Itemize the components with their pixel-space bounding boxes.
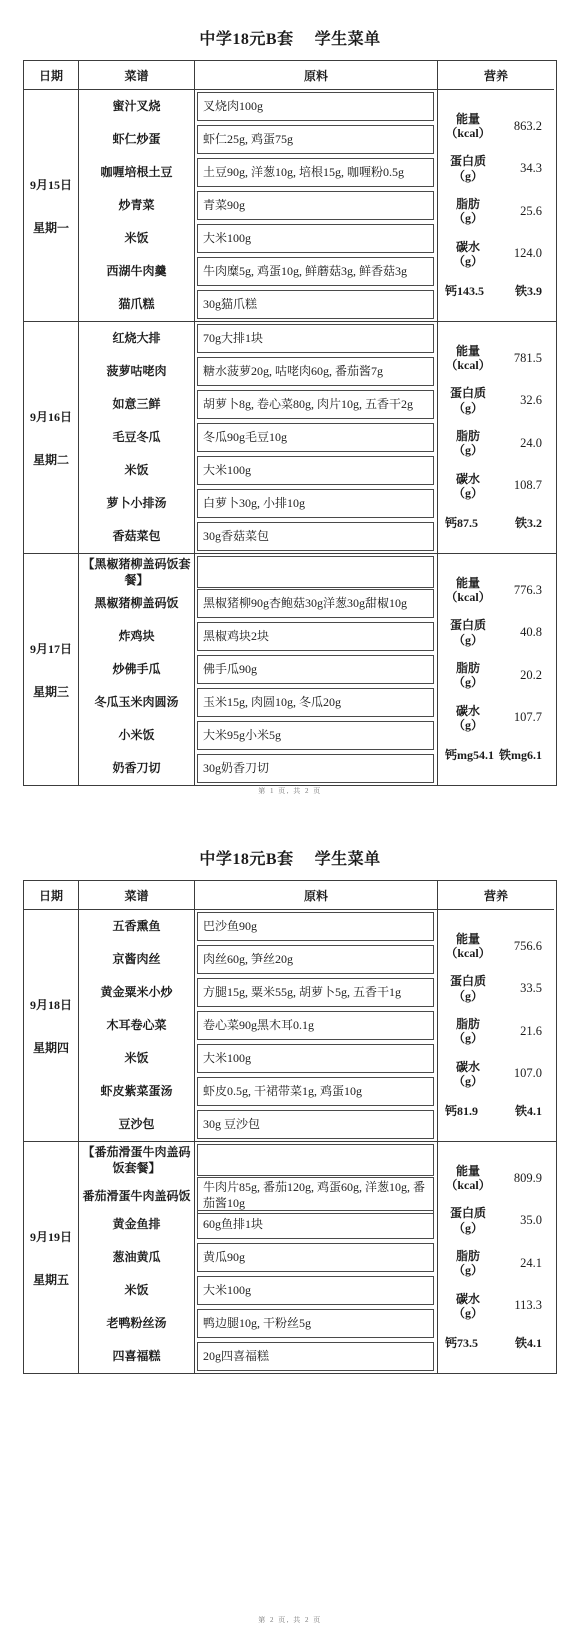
ingredient-text: 白萝卜30g, 小排10g — [203, 496, 305, 512]
ingredient-box: 大米100g — [197, 224, 434, 253]
dish-name-cell: 小米饭 — [79, 719, 195, 752]
dish-row: 黄金鱼排60g鱼排1块 — [79, 1208, 437, 1241]
ingredient-text: 大米95g小米5g — [203, 728, 281, 744]
dish-name-cell: 葱油黄瓜 — [79, 1241, 195, 1274]
ingredient-cell: 巴沙鱼90g — [195, 910, 438, 943]
ingredient-cell: 土豆90g, 洋葱10g, 培根15g, 咖喱粉0.5g — [195, 156, 438, 189]
ingredient-text: 30g 豆沙包 — [203, 1117, 260, 1133]
column-header-date: 日期 — [24, 61, 79, 90]
nutrient-label: 蛋白质（g） — [438, 618, 498, 647]
dish-row: 炒青菜青菜90g — [79, 189, 437, 222]
ingredient-text: 黑椒猪柳90g杏鲍菇30g洋葱30g甜椒10g — [203, 596, 407, 612]
dish-name-cell: 咖喱培根土豆 — [79, 156, 195, 189]
dish-row: 老鸭粉丝汤鸭边腿10g, 干粉丝5g — [79, 1307, 437, 1340]
nutrient-label: 碳水（g） — [438, 704, 498, 733]
nutrient-row: 能量（kcal）776.3 — [438, 576, 554, 605]
dish-name-cell: 虾仁炒蛋 — [79, 123, 195, 156]
ingredient-text: 巴沙鱼90g — [203, 919, 257, 935]
ingredient-box: 大米95g小米5g — [197, 721, 434, 750]
ingredient-text: 糖水菠萝20g, 咕咾肉60g, 番茄酱7g — [203, 364, 383, 380]
dish-name-cell: 米饭 — [79, 1274, 195, 1307]
dish-name-cell: 冬瓜玉米肉圆汤 — [79, 686, 195, 719]
dish-name-cell: 【番茄滑蛋牛肉盖码饭套餐】 — [79, 1142, 195, 1178]
dish-name-cell: 黄金鱼排 — [79, 1208, 195, 1241]
nutrient-unit: （g） — [438, 401, 498, 415]
ingredient-text: 黄瓜90g — [203, 1250, 245, 1266]
ingredient-box: 30g奶香刀切 — [197, 754, 434, 783]
nutrient-row: 碳水（g）124.0 — [438, 240, 554, 269]
ingredient-cell: 30g 豆沙包 — [195, 1108, 438, 1141]
nutrition-cell: 能量（kcal）863.2蛋白质（g）34.3脂肪（g）25.6碳水（g）124… — [438, 90, 554, 321]
nutrient-unit: （g） — [438, 486, 498, 500]
nutrient-unit: （g） — [438, 443, 498, 457]
nutrient-label: 蛋白质（g） — [438, 974, 498, 1003]
ingredient-box: 牛肉糜5g, 鸡蛋10g, 鲜蘑菇3g, 鲜香菇3g — [197, 257, 434, 286]
nutrient-row: 碳水（g）107.0 — [438, 1060, 554, 1089]
dish-name-cell: 京酱肉丝 — [79, 943, 195, 976]
page-title: 中学18元B套 学生菜单 — [0, 0, 580, 49]
nutrient-label: 脂肪（g） — [438, 1249, 498, 1278]
nutrient-name: 能量 — [438, 112, 498, 126]
column-header-ingredients: 原料 — [195, 881, 438, 910]
nutrient-label: 能量（kcal） — [438, 576, 498, 605]
nutrient-label: 能量（kcal） — [438, 112, 498, 141]
ingredient-cell: 糖水菠萝20g, 咕咾肉60g, 番茄酱7g — [195, 355, 438, 388]
nutrient-name: 脂肪 — [438, 429, 498, 443]
ingredient-cell: 大米100g — [195, 1042, 438, 1075]
dish-row: 虾皮紫菜蛋汤虾皮0.5g, 干裙带菜1g, 鸡蛋10g — [79, 1075, 437, 1108]
nutrient-value: 40.8 — [498, 625, 554, 640]
ingredient-cell: 卷心菜90g黑木耳0.1g — [195, 1009, 438, 1042]
nutrient-name: 碳水 — [438, 704, 498, 718]
dish-name-cell: 米饭 — [79, 222, 195, 255]
dish-row: 木耳卷心菜卷心菜90g黑木耳0.1g — [79, 1009, 437, 1042]
dish-name-cell: 虾皮紫菜蛋汤 — [79, 1075, 195, 1108]
nutrient-value: 25.6 — [498, 204, 554, 219]
ingredient-cell: 大米100g — [195, 454, 438, 487]
date-cell: 9月18日星期四 — [24, 910, 79, 1141]
ingredient-text: 60g鱼排1块 — [203, 1217, 263, 1233]
dish-row: 米饭大米100g — [79, 1274, 437, 1307]
calcium-value: 钙143.5 — [445, 282, 484, 299]
nutrient-unit: （g） — [438, 1306, 498, 1320]
dish-name-cell: 【黑椒猪柳盖码饭套餐】 — [79, 554, 195, 590]
nutrition-cell: 能量（kcal）781.5蛋白质（g）32.6脂肪（g）24.0碳水（g）108… — [438, 322, 554, 553]
ingredient-text: 大米100g — [203, 231, 251, 247]
nutrient-row: 蛋白质（g）33.5 — [438, 974, 554, 1003]
ingredient-cell: 肉丝60g, 笋丝20g — [195, 943, 438, 976]
nutrient-row: 能量（kcal）863.2 — [438, 112, 554, 141]
nutrient-value: 34.3 — [498, 161, 554, 176]
minerals-row: 钙143.5铁3.9 — [438, 282, 554, 299]
iron-value: 铁3.2 — [515, 514, 542, 531]
dish-row: 米饭大米100g — [79, 454, 437, 487]
ingredient-cell: 大米100g — [195, 1274, 438, 1307]
ingredient-cell: 20g四喜福糕 — [195, 1340, 438, 1373]
dish-row: 【黑椒猪柳盖码饭套餐】 — [79, 554, 437, 587]
nutrient-unit: （g） — [438, 989, 498, 1003]
nutrient-name: 蛋白质 — [438, 618, 498, 632]
dish-name-cell: 奶香刀切 — [79, 752, 195, 785]
dish-name-cell: 红烧大排 — [79, 322, 195, 355]
ingredient-text: 玉米15g, 肉圆10g, 冬瓜20g — [203, 695, 341, 711]
ingredient-cell: 大米95g小米5g — [195, 719, 438, 752]
nutrient-name: 脂肪 — [438, 661, 498, 675]
nutrient-value: 781.5 — [498, 351, 554, 366]
ingredient-box: 20g四喜福糕 — [197, 1342, 434, 1371]
nutrient-unit: （g） — [438, 633, 498, 647]
calcium-value: 钙mg54.1 — [445, 746, 494, 763]
ingredient-cell: 白萝卜30g, 小排10g — [195, 487, 438, 520]
nutrient-unit: （g） — [438, 1263, 498, 1277]
ingredient-box: 大米100g — [197, 1044, 434, 1073]
dish-row: 四喜福糕20g四喜福糕 — [79, 1340, 437, 1373]
nutrient-name: 脂肪 — [438, 1017, 498, 1031]
dish-row: 如意三鲜胡萝卜8g, 卷心菜80g, 肉片10g, 五香干2g — [79, 388, 437, 421]
nutrient-row: 能量（kcal）781.5 — [438, 344, 554, 373]
dish-rows: 红烧大排70g大排1块菠萝咕咾肉糖水菠萝20g, 咕咾肉60g, 番茄酱7g如意… — [79, 322, 438, 553]
ingredient-text: 70g大排1块 — [203, 331, 263, 347]
nutrient-value: 107.7 — [498, 710, 554, 725]
dish-name-cell: 黄金粟米小炒 — [79, 976, 195, 1009]
ingredient-box: 白萝卜30g, 小排10g — [197, 489, 434, 518]
ingredient-box: 大米100g — [197, 1276, 434, 1305]
nutrient-row: 蛋白质（g）32.6 — [438, 386, 554, 415]
day-block: 9月19日星期五【番茄滑蛋牛肉盖码饭套餐】番茄滑蛋牛肉盖码饭牛肉片85g, 番茄… — [24, 1142, 556, 1373]
nutrient-value: 24.1 — [498, 1256, 554, 1271]
ingredient-box — [197, 1144, 434, 1176]
ingredient-text: 鸭边腿10g, 干粉丝5g — [203, 1316, 311, 1332]
ingredient-box: 肉丝60g, 笋丝20g — [197, 945, 434, 974]
ingredient-text: 土豆90g, 洋葱10g, 培根15g, 咖喱粉0.5g — [203, 165, 404, 181]
calcium-value: 钙81.9 — [445, 1102, 478, 1119]
ingredient-text: 牛肉片85g, 番茄120g, 鸡蛋60g, 洋葱10g, 番茄酱10g — [203, 1180, 428, 1211]
nutrient-name: 脂肪 — [438, 197, 498, 211]
ingredient-cell: 叉烧肉100g — [195, 90, 438, 123]
nutrient-label: 脂肪（g） — [438, 1017, 498, 1046]
ingredient-cell — [195, 554, 438, 590]
nutrient-name: 碳水 — [438, 240, 498, 254]
nutrient-label: 能量（kcal） — [438, 932, 498, 961]
nutrient-value: 863.2 — [498, 119, 554, 134]
ingredient-text: 黑椒鸡块2块 — [203, 629, 269, 645]
ingredient-box: 玉米15g, 肉圆10g, 冬瓜20g — [197, 688, 434, 717]
dish-name-cell: 老鸭粉丝汤 — [79, 1307, 195, 1340]
dish-name-cell: 豆沙包 — [79, 1108, 195, 1141]
dish-row: 虾仁炒蛋虾仁25g, 鸡蛋75g — [79, 123, 437, 156]
dish-name-cell: 五香熏鱼 — [79, 910, 195, 943]
nutrient-label: 脂肪（g） — [438, 197, 498, 226]
ingredient-cell: 玉米15g, 肉圆10g, 冬瓜20g — [195, 686, 438, 719]
nutrient-name: 碳水 — [438, 1292, 498, 1306]
nutrient-value: 21.6 — [498, 1024, 554, 1039]
weekday-text: 星期一 — [33, 219, 69, 236]
ingredient-box: 黑椒鸡块2块 — [197, 622, 434, 651]
minerals-row: 钙87.5铁3.2 — [438, 514, 554, 531]
ingredient-text: 30g猫爪糕 — [203, 297, 257, 313]
ingredient-cell: 30g香菇菜包 — [195, 520, 438, 553]
nutrient-name: 能量 — [438, 932, 498, 946]
minerals-row: 钙73.5铁4.1 — [438, 1334, 554, 1351]
dish-name-cell: 炒青菜 — [79, 189, 195, 222]
nutrient-row: 蛋白质（g）35.0 — [438, 1206, 554, 1235]
nutrient-value: 24.0 — [498, 436, 554, 451]
nutrient-name: 脂肪 — [438, 1249, 498, 1263]
ingredient-cell: 黄瓜90g — [195, 1241, 438, 1274]
dish-row: 毛豆冬瓜冬瓜90g毛豆10g — [79, 421, 437, 454]
ingredient-box: 叉烧肉100g — [197, 92, 434, 121]
nutrient-unit: （g） — [438, 169, 498, 183]
nutrient-label: 蛋白质（g） — [438, 1206, 498, 1235]
dish-rows: 蜜汁叉烧叉烧肉100g虾仁炒蛋虾仁25g, 鸡蛋75g咖喱培根土豆土豆90g, … — [79, 90, 438, 321]
nutrient-name: 能量 — [438, 576, 498, 590]
dish-row: 菠萝咕咾肉糖水菠萝20g, 咕咾肉60g, 番茄酱7g — [79, 355, 437, 388]
nutrient-unit: （g） — [438, 211, 498, 225]
nutrient-name: 蛋白质 — [438, 154, 498, 168]
nutrient-label: 能量（kcal） — [438, 344, 498, 373]
ingredient-text: 牛肉糜5g, 鸡蛋10g, 鲜蘑菇3g, 鲜香菇3g — [203, 264, 407, 280]
ingredient-box: 70g大排1块 — [197, 324, 434, 353]
ingredient-box: 冬瓜90g毛豆10g — [197, 423, 434, 452]
nutrient-label: 蛋白质（g） — [438, 386, 498, 415]
nutrient-label: 能量（kcal） — [438, 1164, 498, 1193]
nutrient-row: 蛋白质（g）40.8 — [438, 618, 554, 647]
nutrient-row: 脂肪（g）20.2 — [438, 661, 554, 690]
ingredient-box: 卷心菜90g黑木耳0.1g — [197, 1011, 434, 1040]
ingredient-text: 青菜90g — [203, 198, 245, 214]
weekday-text: 星期五 — [33, 1271, 69, 1288]
dish-rows: 【黑椒猪柳盖码饭套餐】黑椒猪柳盖码饭黑椒猪柳90g杏鲍菇30g洋葱30g甜椒10… — [79, 554, 438, 785]
ingredient-box: 黑椒猪柳90g杏鲍菇30g洋葱30g甜椒10g — [197, 589, 434, 618]
page-footer: 第 2 页, 共 2 页 — [0, 1615, 580, 1625]
nutrient-name: 蛋白质 — [438, 1206, 498, 1220]
date-text: 9月15日 — [30, 176, 72, 193]
date-cell: 9月16日星期二 — [24, 322, 79, 553]
dish-name-cell: 毛豆冬瓜 — [79, 421, 195, 454]
ingredient-box: 30g 豆沙包 — [197, 1110, 434, 1139]
weekday-text: 星期三 — [33, 683, 69, 700]
nutrient-unit: （kcal） — [438, 590, 498, 604]
dish-row: 萝卜小排汤白萝卜30g, 小排10g — [79, 487, 437, 520]
nutrient-value: 35.0 — [498, 1213, 554, 1228]
nutrient-row: 脂肪（g）24.1 — [438, 1249, 554, 1278]
ingredient-cell: 方腿15g, 粟米55g, 胡萝卜5g, 五香干1g — [195, 976, 438, 1009]
dish-row: 炒佛手瓜佛手瓜90g — [79, 653, 437, 686]
calcium-value: 钙73.5 — [445, 1334, 478, 1351]
nutrient-label: 脂肪（g） — [438, 661, 498, 690]
nutrient-row: 脂肪（g）21.6 — [438, 1017, 554, 1046]
ingredient-cell: 虾仁25g, 鸡蛋75g — [195, 123, 438, 156]
dish-name-cell: 如意三鲜 — [79, 388, 195, 421]
dish-name-cell: 萝卜小排汤 — [79, 487, 195, 520]
dish-rows: 五香熏鱼巴沙鱼90g京酱肉丝肉丝60g, 笋丝20g黄金粟米小炒方腿15g, 粟… — [79, 910, 438, 1141]
nutrient-label: 碳水（g） — [438, 1292, 498, 1321]
date-text: 9月19日 — [30, 1228, 72, 1245]
nutrient-row: 脂肪（g）24.0 — [438, 429, 554, 458]
dish-row: 【番茄滑蛋牛肉盖码饭套餐】 — [79, 1142, 437, 1175]
day-block: 9月16日星期二红烧大排70g大排1块菠萝咕咾肉糖水菠萝20g, 咕咾肉60g,… — [24, 322, 556, 554]
column-header-nutrition: 营养 — [438, 881, 554, 910]
ingredient-cell: 冬瓜90g毛豆10g — [195, 421, 438, 454]
dish-rows: 【番茄滑蛋牛肉盖码饭套餐】番茄滑蛋牛肉盖码饭牛肉片85g, 番茄120g, 鸡蛋… — [79, 1142, 438, 1373]
nutrient-row: 碳水（g）113.3 — [438, 1292, 554, 1321]
ingredient-text: 30g奶香刀切 — [203, 761, 269, 777]
dish-name-cell: 米饭 — [79, 1042, 195, 1075]
menu-page-1: 中学18元B套 学生菜单 日期 菜谱 原料 营养 9月15日星期一蜜汁叉烧叉烧肉… — [0, 0, 580, 820]
day-block: 9月15日星期一蜜汁叉烧叉烧肉100g虾仁炒蛋虾仁25g, 鸡蛋75g咖喱培根土… — [24, 90, 556, 322]
nutrient-value: 107.0 — [498, 1066, 554, 1081]
dish-row: 米饭大米100g — [79, 1042, 437, 1075]
dish-name-cell: 香菇菜包 — [79, 520, 195, 553]
dish-name-cell: 猫爪糕 — [79, 288, 195, 321]
ingredient-cell: 60g鱼排1块 — [195, 1208, 438, 1241]
dish-row: 西湖牛肉羹牛肉糜5g, 鸡蛋10g, 鲜蘑菇3g, 鲜香菇3g — [79, 255, 437, 288]
nutrient-name: 蛋白质 — [438, 974, 498, 988]
ingredient-box: 黄瓜90g — [197, 1243, 434, 1272]
ingredient-cell: 牛肉糜5g, 鸡蛋10g, 鲜蘑菇3g, 鲜香菇3g — [195, 255, 438, 288]
ingredient-box: 巴沙鱼90g — [197, 912, 434, 941]
nutrient-unit: （kcal） — [438, 946, 498, 960]
nutrient-row: 碳水（g）107.7 — [438, 704, 554, 733]
iron-value: 铁mg6.1 — [499, 746, 542, 763]
date-text: 9月18日 — [30, 996, 72, 1013]
nutrient-value: 108.7 — [498, 478, 554, 493]
nutrient-unit: （g） — [438, 675, 498, 689]
dish-name-cell: 四喜福糕 — [79, 1340, 195, 1373]
column-header-menu: 菜谱 — [79, 881, 195, 910]
nutrition-cell: 能量（kcal）756.6蛋白质（g）33.5脂肪（g）21.6碳水（g）107… — [438, 910, 554, 1141]
menu-table: 日期 菜谱 原料 营养 9月15日星期一蜜汁叉烧叉烧肉100g虾仁炒蛋虾仁25g… — [23, 60, 557, 786]
ingredient-text: 卷心菜90g黑木耳0.1g — [203, 1018, 314, 1034]
table-header-row: 日期 菜谱 原料 营养 — [24, 881, 556, 910]
ingredient-text: 冬瓜90g毛豆10g — [203, 430, 287, 446]
ingredient-cell: 青菜90g — [195, 189, 438, 222]
ingredient-text: 方腿15g, 粟米55g, 胡萝卜5g, 五香干1g — [203, 985, 401, 1001]
column-header-date: 日期 — [24, 881, 79, 910]
ingredient-text: 20g四喜福糕 — [203, 1349, 269, 1365]
dish-row: 红烧大排70g大排1块 — [79, 322, 437, 355]
ingredient-box: 鸭边腿10g, 干粉丝5g — [197, 1309, 434, 1338]
dish-row: 小米饭大米95g小米5g — [79, 719, 437, 752]
ingredient-box: 虾仁25g, 鸡蛋75g — [197, 125, 434, 154]
calcium-value: 钙87.5 — [445, 514, 478, 531]
ingredient-cell: 70g大排1块 — [195, 322, 438, 355]
dish-row: 豆沙包30g 豆沙包 — [79, 1108, 437, 1141]
dish-row: 猫爪糕30g猫爪糕 — [79, 288, 437, 321]
dish-row: 黑椒猪柳盖码饭黑椒猪柳90g杏鲍菇30g洋葱30g甜椒10g — [79, 587, 437, 620]
nutrient-label: 碳水（g） — [438, 1060, 498, 1089]
menu-table: 日期 菜谱 原料 营养 9月18日星期四五香熏鱼巴沙鱼90g京酱肉丝肉丝60g,… — [23, 880, 557, 1374]
dish-name-cell: 木耳卷心菜 — [79, 1009, 195, 1042]
ingredient-text: 大米100g — [203, 1051, 251, 1067]
nutrient-label: 脂肪（g） — [438, 429, 498, 458]
nutrient-unit: （g） — [438, 254, 498, 268]
nutrient-value: 124.0 — [498, 246, 554, 261]
dish-row: 炸鸡块黑椒鸡块2块 — [79, 620, 437, 653]
nutrition-cell: 能量（kcal）776.3蛋白质（g）40.8脂肪（g）20.2碳水（g）107… — [438, 554, 554, 785]
ingredient-text: 虾皮0.5g, 干裙带菜1g, 鸡蛋10g — [203, 1084, 362, 1100]
ingredient-cell: 佛手瓜90g — [195, 653, 438, 686]
ingredient-box: 虾皮0.5g, 干裙带菜1g, 鸡蛋10g — [197, 1077, 434, 1106]
nutrient-name: 碳水 — [438, 472, 498, 486]
ingredient-box: 土豆90g, 洋葱10g, 培根15g, 咖喱粉0.5g — [197, 158, 434, 187]
ingredient-box: 佛手瓜90g — [197, 655, 434, 684]
day-block: 9月18日星期四五香熏鱼巴沙鱼90g京酱肉丝肉丝60g, 笋丝20g黄金粟米小炒… — [24, 910, 556, 1142]
ingredient-text: 佛手瓜90g — [203, 662, 257, 678]
ingredient-box: 大米100g — [197, 456, 434, 485]
ingredient-cell: 黑椒猪柳90g杏鲍菇30g洋葱30g甜椒10g — [195, 587, 438, 620]
dish-name-cell: 炒佛手瓜 — [79, 653, 195, 686]
day-block: 9月17日星期三【黑椒猪柳盖码饭套餐】黑椒猪柳盖码饭黑椒猪柳90g杏鲍菇30g洋… — [24, 554, 556, 785]
ingredient-box: 30g猫爪糕 — [197, 290, 434, 319]
ingredient-cell: 鸭边腿10g, 干粉丝5g — [195, 1307, 438, 1340]
ingredient-text: 肉丝60g, 笋丝20g — [203, 952, 293, 968]
nutrient-name: 能量 — [438, 344, 498, 358]
nutrient-name: 能量 — [438, 1164, 498, 1178]
nutrient-unit: （kcal） — [438, 358, 498, 372]
nutrient-label: 碳水（g） — [438, 472, 498, 501]
nutrient-value: 809.9 — [498, 1171, 554, 1186]
minerals-row: 钙81.9铁4.1 — [438, 1102, 554, 1119]
dish-row: 黄金粟米小炒方腿15g, 粟米55g, 胡萝卜5g, 五香干1g — [79, 976, 437, 1009]
ingredient-box: 青菜90g — [197, 191, 434, 220]
weekday-text: 星期四 — [33, 1039, 69, 1056]
ingredient-box: 胡萝卜8g, 卷心菜80g, 肉片10g, 五香干2g — [197, 390, 434, 419]
nutrient-unit: （kcal） — [438, 1178, 498, 1192]
dish-row: 京酱肉丝肉丝60g, 笋丝20g — [79, 943, 437, 976]
nutrient-value: 776.3 — [498, 583, 554, 598]
ingredient-text: 叉烧肉100g — [203, 99, 263, 115]
page-title: 中学18元B套 学生菜单 — [0, 820, 580, 869]
iron-value: 铁4.1 — [515, 1334, 542, 1351]
ingredient-box: 方腿15g, 粟米55g, 胡萝卜5g, 五香干1g — [197, 978, 434, 1007]
ingredient-cell: 胡萝卜8g, 卷心菜80g, 肉片10g, 五香干2g — [195, 388, 438, 421]
dish-name-cell: 黑椒猪柳盖码饭 — [79, 587, 195, 620]
column-header-ingredients: 原料 — [195, 61, 438, 90]
dish-row: 香菇菜包30g香菇菜包 — [79, 520, 437, 553]
menu-page-2: 中学18元B套 学生菜单 日期 菜谱 原料 营养 9月18日星期四五香熏鱼巴沙鱼… — [0, 820, 580, 1640]
ingredient-text: 胡萝卜8g, 卷心菜80g, 肉片10g, 五香干2g — [203, 397, 413, 413]
date-cell: 9月15日星期一 — [24, 90, 79, 321]
nutrient-unit: （g） — [438, 1074, 498, 1088]
nutrient-row: 能量（kcal）756.6 — [438, 932, 554, 961]
table-body: 9月15日星期一蜜汁叉烧叉烧肉100g虾仁炒蛋虾仁25g, 鸡蛋75g咖喱培根土… — [24, 90, 556, 785]
nutrient-name: 蛋白质 — [438, 386, 498, 400]
nutrient-value: 756.6 — [498, 939, 554, 954]
ingredient-box — [197, 556, 434, 588]
dish-row: 五香熏鱼巴沙鱼90g — [79, 910, 437, 943]
nutrient-unit: （g） — [438, 718, 498, 732]
dish-name-cell: 菠萝咕咾肉 — [79, 355, 195, 388]
ingredient-box: 糖水菠萝20g, 咕咾肉60g, 番茄酱7g — [197, 357, 434, 386]
iron-value: 铁4.1 — [515, 1102, 542, 1119]
dish-row: 咖喱培根土豆土豆90g, 洋葱10g, 培根15g, 咖喱粉0.5g — [79, 156, 437, 189]
minerals-row: 钙mg54.1铁mg6.1 — [438, 746, 554, 763]
dish-row: 蜜汁叉烧叉烧肉100g — [79, 90, 437, 123]
table-header-row: 日期 菜谱 原料 营养 — [24, 61, 556, 90]
iron-value: 铁3.9 — [515, 282, 542, 299]
nutrient-name: 碳水 — [438, 1060, 498, 1074]
dish-row: 奶香刀切30g奶香刀切 — [79, 752, 437, 785]
date-text: 9月17日 — [30, 640, 72, 657]
nutrient-value: 113.3 — [498, 1298, 554, 1313]
nutrient-row: 蛋白质（g）34.3 — [438, 154, 554, 183]
dish-name-cell: 米饭 — [79, 454, 195, 487]
nutrient-unit: （g） — [438, 1031, 498, 1045]
date-text: 9月16日 — [30, 408, 72, 425]
column-header-menu: 菜谱 — [79, 61, 195, 90]
dish-name-cell: 炸鸡块 — [79, 620, 195, 653]
